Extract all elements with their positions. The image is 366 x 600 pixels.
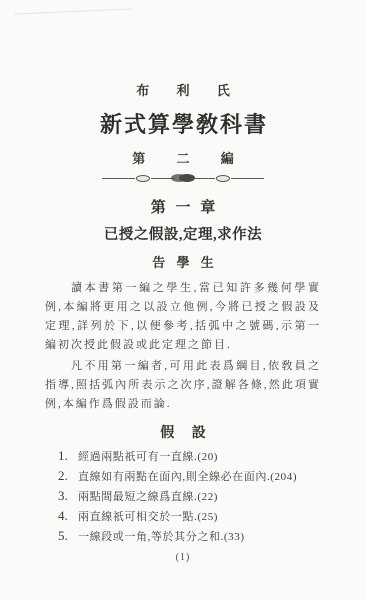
scanned-book-page: 布 利 氏 新式算學敎科書 第 二 編 第 一 章 已授之假設,定理,求作法 告… [0, 0, 366, 600]
divider-line [102, 178, 135, 179]
divider-ornament-small [216, 175, 230, 182]
list-item: 4. 兩直線祇可相交於一點.(25) [45, 508, 321, 528]
list-item: 2. 直線如有兩點在面內,則全線必在面內.(204) [45, 468, 321, 488]
ornamental-divider [102, 174, 264, 182]
page-content: 布 利 氏 新式算學敎科書 第 二 編 第 一 章 已授之假設,定理,求作法 告… [0, 0, 366, 563]
item-text: 直線如有兩點在面內,則全線必在面內.(204) [78, 468, 297, 484]
divider-line [231, 178, 264, 179]
item-text: 兩點間最短之線爲直線.(22) [78, 488, 218, 504]
divider-ornament-center [171, 174, 187, 182]
divider-ornament-small [136, 175, 150, 182]
paragraph: 讀本書第一編之學生,當已知許多幾何學實例,本編將更用之以設立他例,今將已授之假設… [45, 279, 321, 355]
item-number: 1. [58, 448, 78, 464]
item-text: 經過兩點祇可有一直線.(20) [78, 448, 218, 464]
divider-line [191, 178, 215, 179]
list-item: 5. 一線段或一角,等於其分之和.(33) [45, 528, 321, 548]
list-item: 1. 經過兩點祇可有一直線.(20) [45, 448, 321, 468]
chapter-title: 已授之假設,定理,求作法 [0, 223, 366, 244]
item-number: 2. [58, 468, 78, 484]
postulates-heading: 假 設 [0, 422, 366, 442]
item-number: 4. [58, 508, 78, 524]
introduction-text: 讀本書第一編之學生,當已知許多幾何學實例,本編將更用之以設立他例,今將已授之假設… [45, 279, 321, 414]
volume-label: 第 二 編 [0, 148, 366, 167]
item-number: 5. [58, 528, 78, 544]
item-number: 3. [58, 488, 78, 504]
chapter-number: 第 一 章 [0, 196, 366, 217]
item-text: 一線段或一角,等於其分之和.(33) [78, 528, 245, 544]
paragraph: 凡不用第一編者,可用此表爲綱目,依敎員之指導,照括弧內所表示之次序,證解各條,然… [45, 357, 321, 414]
list-item: 3. 兩點間最短之線爲直線.(22) [45, 488, 321, 508]
page-number: (1) [0, 552, 366, 563]
book-title: 新式算學敎科書 [0, 108, 366, 139]
series-title: 布 利 氏 [0, 80, 366, 99]
item-text: 兩直線祇可相交於一點.(25) [78, 508, 218, 524]
postulates-list: 1. 經過兩點祇可有一直線.(20) 2. 直線如有兩點在面內,則全線必在面內.… [45, 448, 321, 548]
address-to-students-heading: 告 學 生 [0, 252, 366, 271]
